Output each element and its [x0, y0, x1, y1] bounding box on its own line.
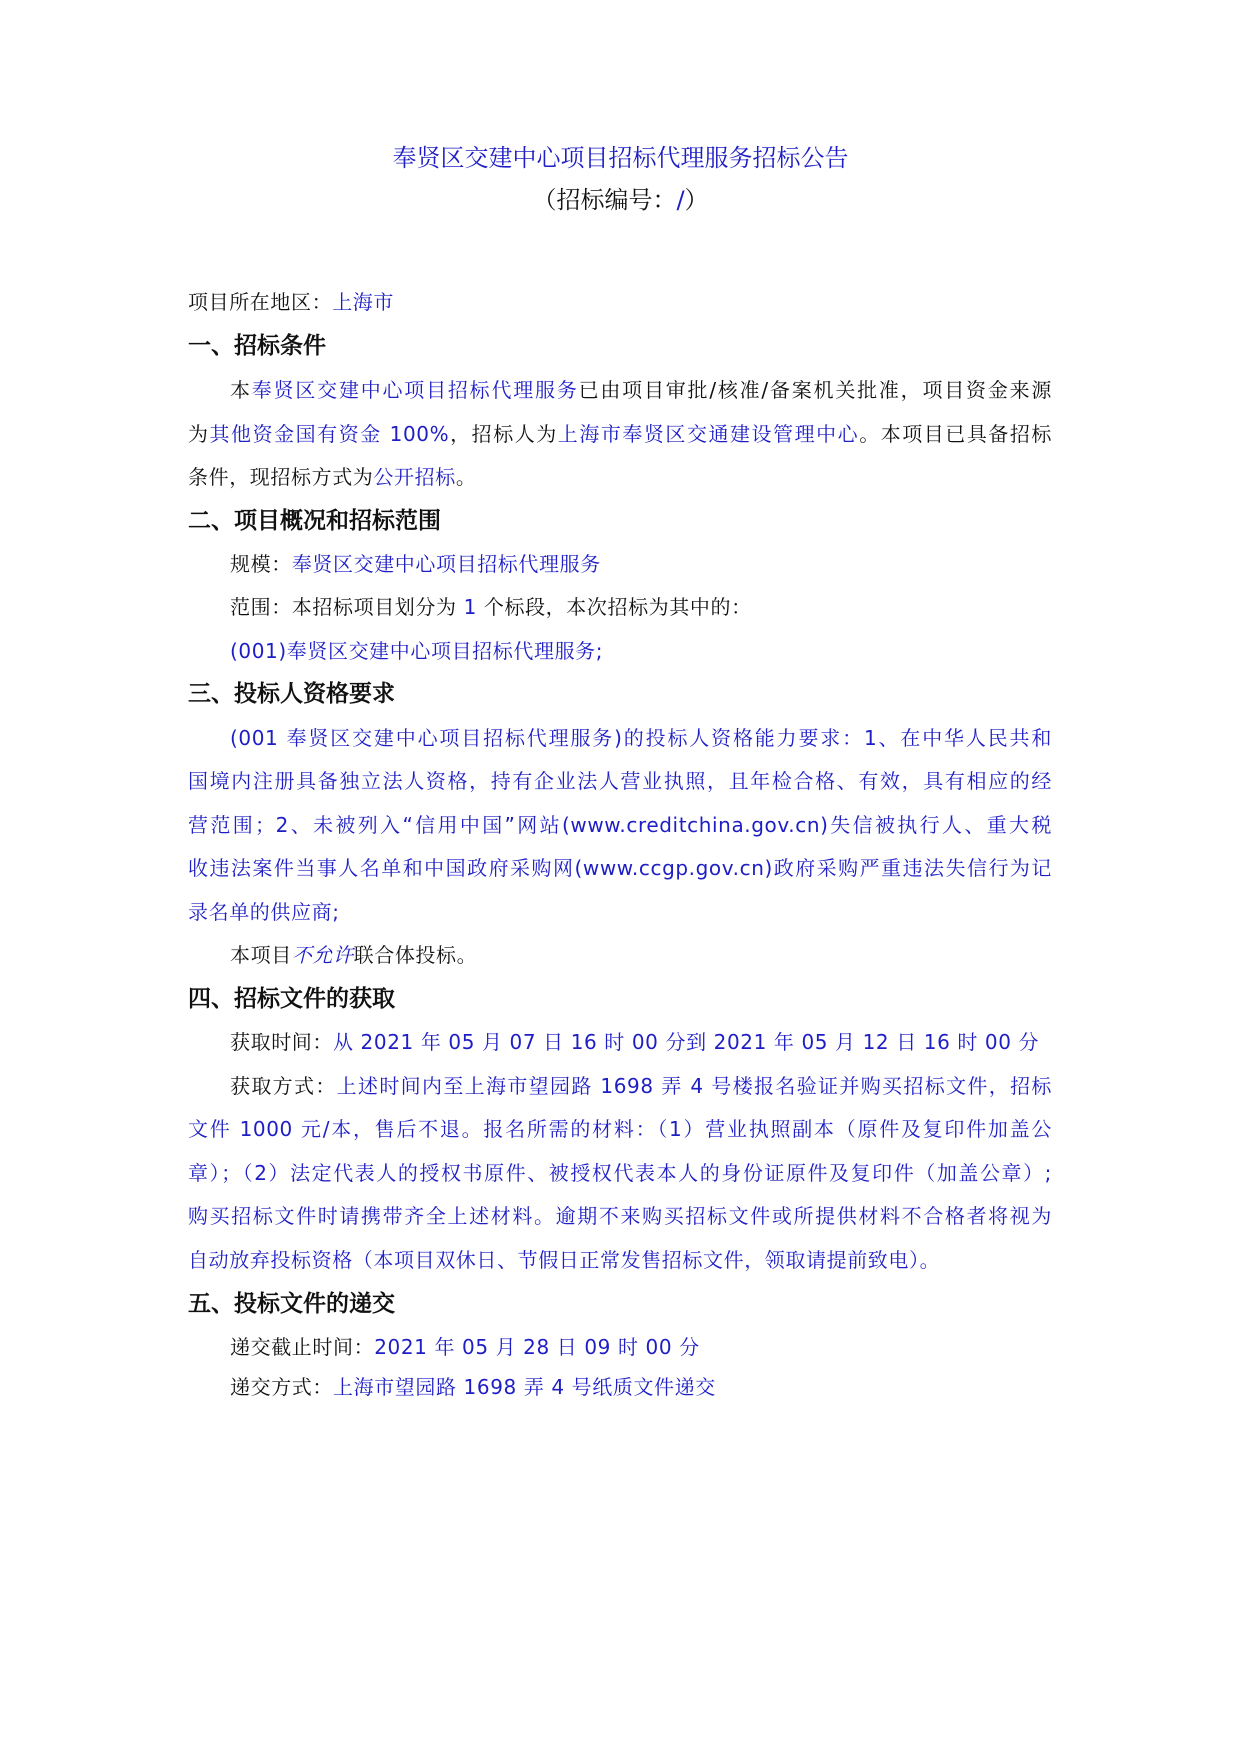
text: 。本项目已具备招标	[859, 422, 1052, 446]
text: 本项目	[230, 943, 292, 967]
lot-count: 1	[464, 595, 477, 619]
tender-number-label: （招标编号：	[532, 186, 676, 214]
consortium-line: 本项目不允许联合体投标。	[230, 941, 477, 969]
text: 联合体投标。	[354, 943, 478, 967]
text: ，招标人为	[449, 422, 558, 446]
s1-line-2: 为其他资金国有资金 100%，招标人为上海市奉贤区交通建设管理中心。本项目已具备…	[188, 420, 1052, 448]
tender-number-close: ）	[685, 186, 709, 214]
submit-method-label: 递交方式：	[230, 1375, 333, 1399]
submit-deadline-label: 递交截止时间：	[230, 1335, 374, 1359]
tenderer-name: 上海市奉贤区交通建设管理中心	[558, 422, 859, 446]
range-line: 范围：本招标项目划分为 1 个标段，本次招标为其中的：	[230, 593, 752, 621]
s1-line-1: 本奉贤区交建中心项目招标代理服务已由项目审批/核准/备案机关批准，项目资金来源	[230, 376, 1052, 404]
document-page: 奉贤区交建中心项目招标代理服务招标公告 （招标编号：/） 项目所在地区：上海市 …	[0, 0, 1241, 1754]
tender-number: （招标编号：/）	[0, 185, 1241, 215]
submit-deadline-line: 递交截止时间：2021 年 05 月 28 日 09 时 00 分	[230, 1333, 700, 1361]
scale-value: 奉贤区交建中心项目招标代理服务	[292, 552, 601, 576]
fund-source: 其他资金国有资金 100%	[210, 422, 450, 446]
acquire-method-text: 上述时间内至上海市望园路 1698 弄 4 号楼报名验证并购买招标文件，招标	[337, 1074, 1052, 1098]
s1-line-3: 条件，现招标方式为公开招标。	[188, 463, 476, 491]
tender-method: 公开招标	[373, 465, 455, 489]
text: 条件，现招标方式为	[188, 465, 373, 489]
acquire-method-line-3: 章）；（2）法定代表人的授权书原件、被授权代表本人的身份证原件及复印件（加盖公章…	[188, 1159, 1052, 1187]
qualification-line-2: 国境内注册具备独立法人资格，持有企业法人营业执照，且年检合格、有效，具有相应的经	[188, 767, 1052, 795]
text: 本	[230, 378, 252, 402]
range-prefix: 范围：本招标项目划分为	[230, 595, 457, 619]
text: 已由项目审批/核准/备案机关批准，项目资金来源	[579, 378, 1052, 402]
section-1-heading: 一、招标条件	[188, 331, 326, 361]
qualification-line-5: 录名单的供应商;	[188, 898, 340, 926]
range-suffix: 个标段，本次招标为其中的：	[484, 595, 752, 619]
project-name: 奉贤区交建中心项目招标代理服务	[252, 378, 579, 402]
text: 。	[456, 465, 477, 489]
submit-deadline-value: 2021 年 05 月 28 日 09 时 00 分	[374, 1335, 700, 1359]
scale-line: 规模：奉贤区交建中心项目招标代理服务	[230, 550, 601, 578]
project-region: 项目所在地区：上海市	[188, 288, 394, 316]
section-3-heading: 三、投标人资格要求	[188, 679, 395, 709]
region-value: 上海市	[332, 290, 394, 314]
region-label: 项目所在地区：	[188, 290, 332, 314]
acquire-time-line: 获取时间：从 2021 年 05 月 07 日 16 时 00 分到 2021 …	[230, 1028, 1039, 1056]
section-2-heading: 二、项目概况和招标范围	[188, 506, 441, 536]
acquire-method-line-2: 文件 1000 元/本，售后不退。报名所需的材料：（1）营业执照副本（原件及复印…	[188, 1115, 1052, 1143]
text: 为	[188, 422, 210, 446]
qualification-line-4: 收违法案件当事人名单和中国政府采购网(www.ccgp.gov.cn)政府采购严…	[188, 854, 1052, 882]
submit-method-value: 上海市望园路 1698 弄 4 号纸质文件递交	[333, 1375, 716, 1399]
scale-label: 规模：	[230, 552, 292, 576]
section-5-heading: 五、投标文件的递交	[188, 1289, 395, 1319]
acquire-time-value: 从 2021 年 05 月 07 日 16 时 00 分到 2021 年 05 …	[333, 1030, 1039, 1054]
qualification-line-3: 营范围；2、未被列入“信用中国”网站(www.creditchina.gov.c…	[188, 811, 1052, 839]
acquire-method-line-1: 获取方式：上述时间内至上海市望园路 1698 弄 4 号楼报名验证并购买招标文件…	[230, 1072, 1052, 1100]
acquire-method-label: 获取方式：	[230, 1074, 337, 1098]
acquire-time-label: 获取时间：	[230, 1030, 333, 1054]
acquire-method-line-4: 购买招标文件时请携带齐全上述材料。逾期不来购买招标文件或所提供材料不合格者将视为	[188, 1202, 1052, 1230]
document-title: 奉贤区交建中心项目招标代理服务招标公告	[0, 143, 1241, 173]
acquire-method-line-5: 自动放弃投标资格（本项目双休日、节假日正常发售招标文件，领取请提前致电）。	[188, 1246, 940, 1274]
consortium-value: 不允许	[292, 943, 354, 967]
section-4-heading: 四、招标文件的获取	[188, 984, 395, 1014]
submit-method-line: 递交方式：上海市望园路 1698 弄 4 号纸质文件递交	[230, 1373, 716, 1401]
tender-number-value: /	[676, 186, 684, 214]
lot-item: (001)奉贤区交建中心项目招标代理服务;	[230, 637, 603, 665]
qualification-line-1: (001 奉贤区交建中心项目招标代理服务)的投标人资格能力要求：1、在中华人民共…	[230, 724, 1052, 752]
